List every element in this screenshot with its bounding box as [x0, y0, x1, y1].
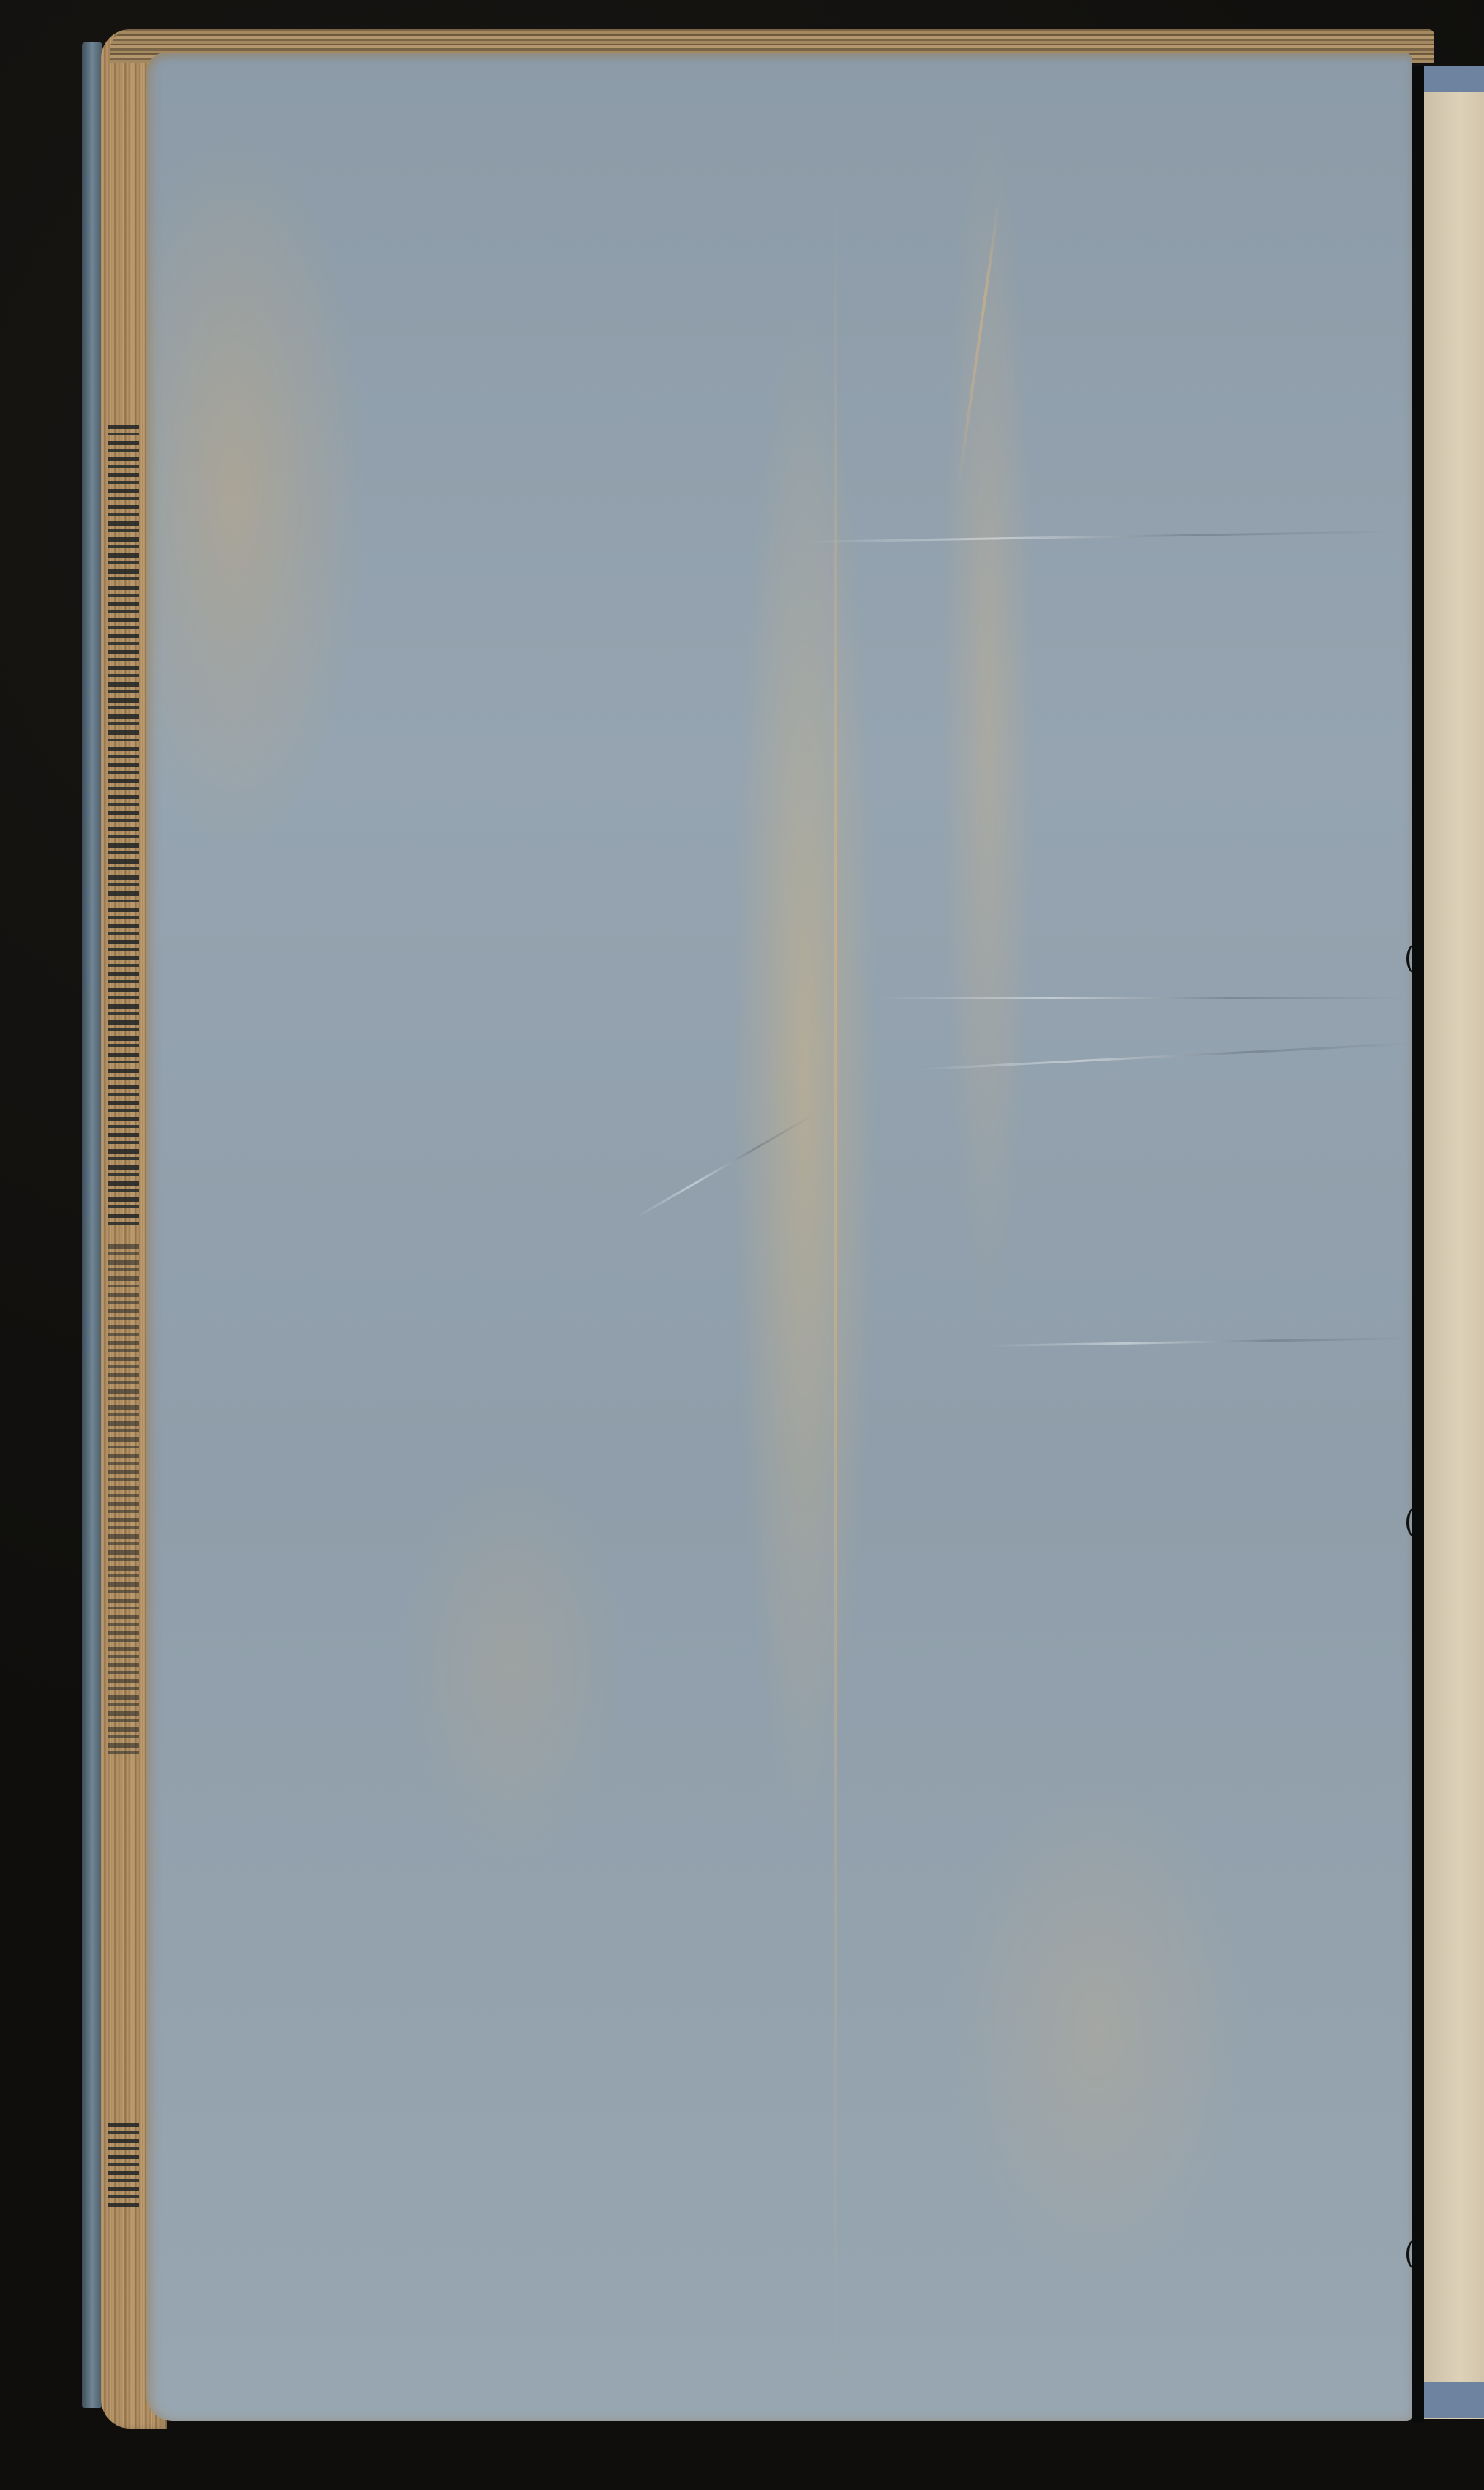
- paper-crease: [915, 1042, 1412, 1071]
- binding-thread: [1406, 2240, 1423, 2269]
- book-cover: [146, 53, 1412, 2421]
- adjacent-cover-top: [1424, 66, 1484, 92]
- cloth-spine-strip: [82, 42, 102, 2408]
- binding-thread: [1406, 1508, 1423, 1537]
- page-edge-stain: [108, 425, 139, 1230]
- paper-crease: [805, 531, 1390, 543]
- vertical-fade-mark: [834, 184, 837, 2380]
- book-gutter: [1412, 66, 1424, 2423]
- paper-crease: [988, 1337, 1412, 1347]
- paper-crease: [635, 1114, 814, 1219]
- paper-crease: [878, 997, 1405, 999]
- page-edge-stain: [108, 1244, 139, 1757]
- page-edge-stain: [108, 2123, 139, 2210]
- binding-thread: [1406, 944, 1423, 973]
- adjacent-cover-bottom: [1424, 2382, 1484, 2418]
- adjacent-page: [1424, 66, 1484, 2419]
- vertical-fade-mark: [956, 201, 1000, 491]
